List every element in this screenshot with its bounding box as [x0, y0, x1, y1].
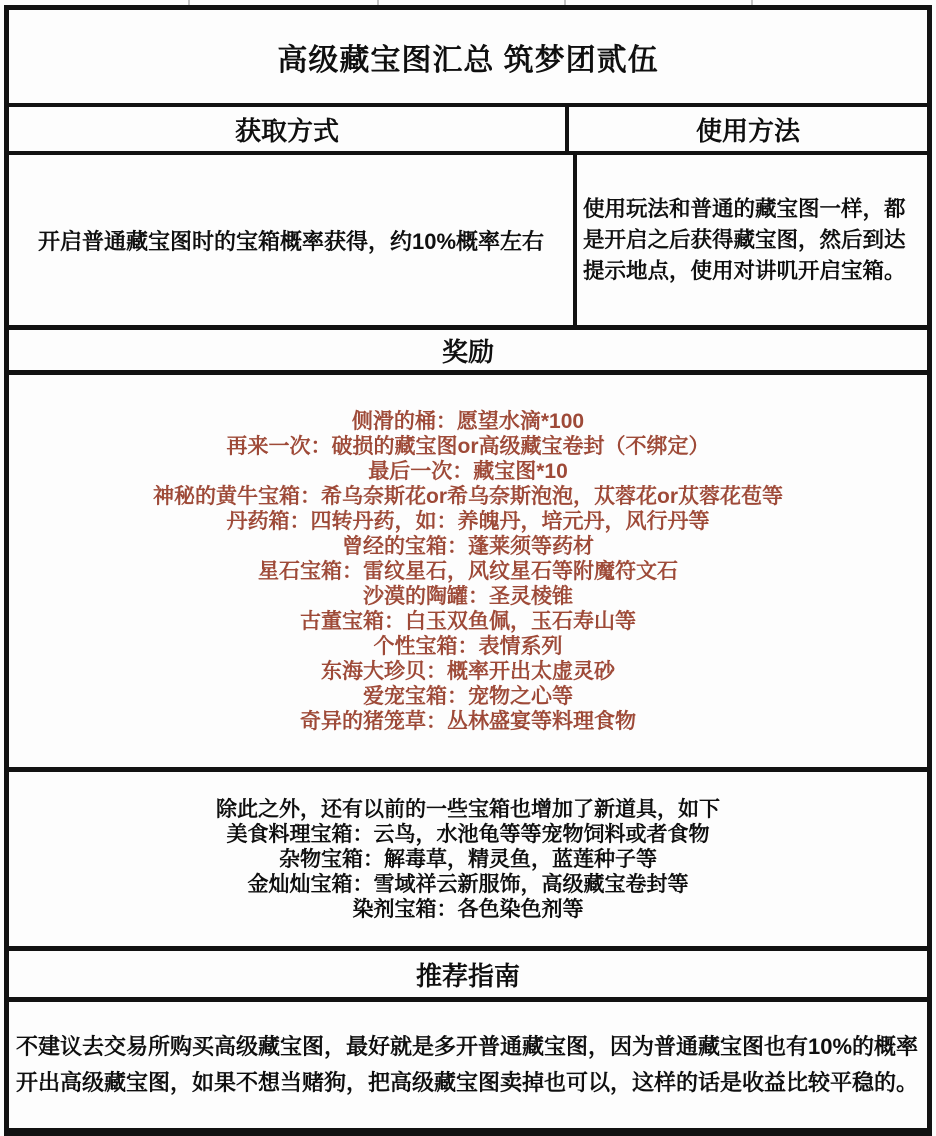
reward-item: 个性宝箱：表情系列: [374, 634, 563, 659]
extra-chest-item: 除此之外，还有以前的一些宝箱也增加了新道具，如下: [216, 797, 720, 822]
column-header-obtain: 获取方式: [9, 107, 569, 151]
extra-chest-item: 金灿灿宝箱：雪域祥云新服饰，高级藏宝卷封等: [248, 872, 689, 897]
reward-item: 侧滑的桶：愿望水滴*100: [352, 409, 584, 434]
reward-item: 最后一次：藏宝图*10: [368, 459, 568, 484]
rewards-list: 侧滑的桶：愿望水滴*100 再来一次：破损的藏宝图or高级藏宝卷封（不绑定） 最…: [9, 375, 927, 772]
obtain-method-text: 开启普通藏宝图时的宝箱概率获得，约10%概率左右: [9, 155, 577, 325]
extra-chest-item: 染剂宝箱：各色染色剂等: [353, 897, 584, 922]
extra-chest-item: 杂物宝箱：解毒草，精灵鱼，蓝莲种子等: [279, 847, 657, 872]
obtain-usage-row: 开启普通藏宝图时的宝箱概率获得，约10%概率左右 使用玩法和普通的藏宝图一样，都…: [9, 155, 927, 330]
reward-item: 爱宠宝箱：宠物之心等: [363, 684, 573, 709]
reward-item: 再来一次：破损的藏宝图or高级藏宝卷封（不绑定）: [227, 434, 710, 459]
reward-item: 星石宝箱：雷纹星石，风纹星石等附魔符文石: [258, 559, 678, 584]
treasure-map-guide-table: 高级藏宝图汇总 筑梦团贰伍 获取方式 使用方法 开启普通藏宝图时的宝箱概率获得，…: [4, 5, 932, 1136]
guide-section-header: 推荐指南: [9, 951, 927, 1002]
rewards-section-header: 奖励: [9, 330, 927, 375]
reward-item: 东海大珍贝：概率开出太虚灵砂: [321, 659, 615, 684]
column-headers-row: 获取方式 使用方法: [9, 107, 927, 155]
column-header-usage: 使用方法: [569, 107, 927, 151]
extra-chests-list: 除此之外，还有以前的一些宝箱也增加了新道具，如下 美食料理宝箱：云鸟，水池龟等等…: [9, 772, 927, 951]
page-title: 高级藏宝图汇总 筑梦团贰伍: [9, 10, 927, 107]
extra-chest-item: 美食料理宝箱：云鸟，水池龟等等宠物饲料或者食物: [227, 822, 710, 847]
reward-item: 沙漠的陶罐：圣灵棱锥: [363, 584, 573, 609]
reward-item: 曾经的宝箱：蓬莱须等药材: [342, 534, 594, 559]
reward-item: 神秘的黄牛宝箱：希乌奈斯花or希乌奈斯泡泡，苁蓉花or苁蓉花苞等: [153, 484, 783, 509]
reward-item: 丹药箱：四转丹药，如：养魄丹，培元丹，风行丹等: [227, 509, 710, 534]
reward-item: 奇异的猪笼草：丛林盛宴等料理食物: [300, 709, 636, 734]
usage-method-text: 使用玩法和普通的藏宝图一样，都是开启之后获得藏宝图，然后到达提示地点，使用对讲叽…: [577, 155, 927, 325]
reward-item: 古董宝箱：白玉双鱼佩，玉石寿山等: [300, 609, 636, 634]
guide-text: 不建议去交易所购买高级藏宝图，最好就是多开普通藏宝图，因为普通藏宝图也有10%的…: [9, 1002, 927, 1128]
